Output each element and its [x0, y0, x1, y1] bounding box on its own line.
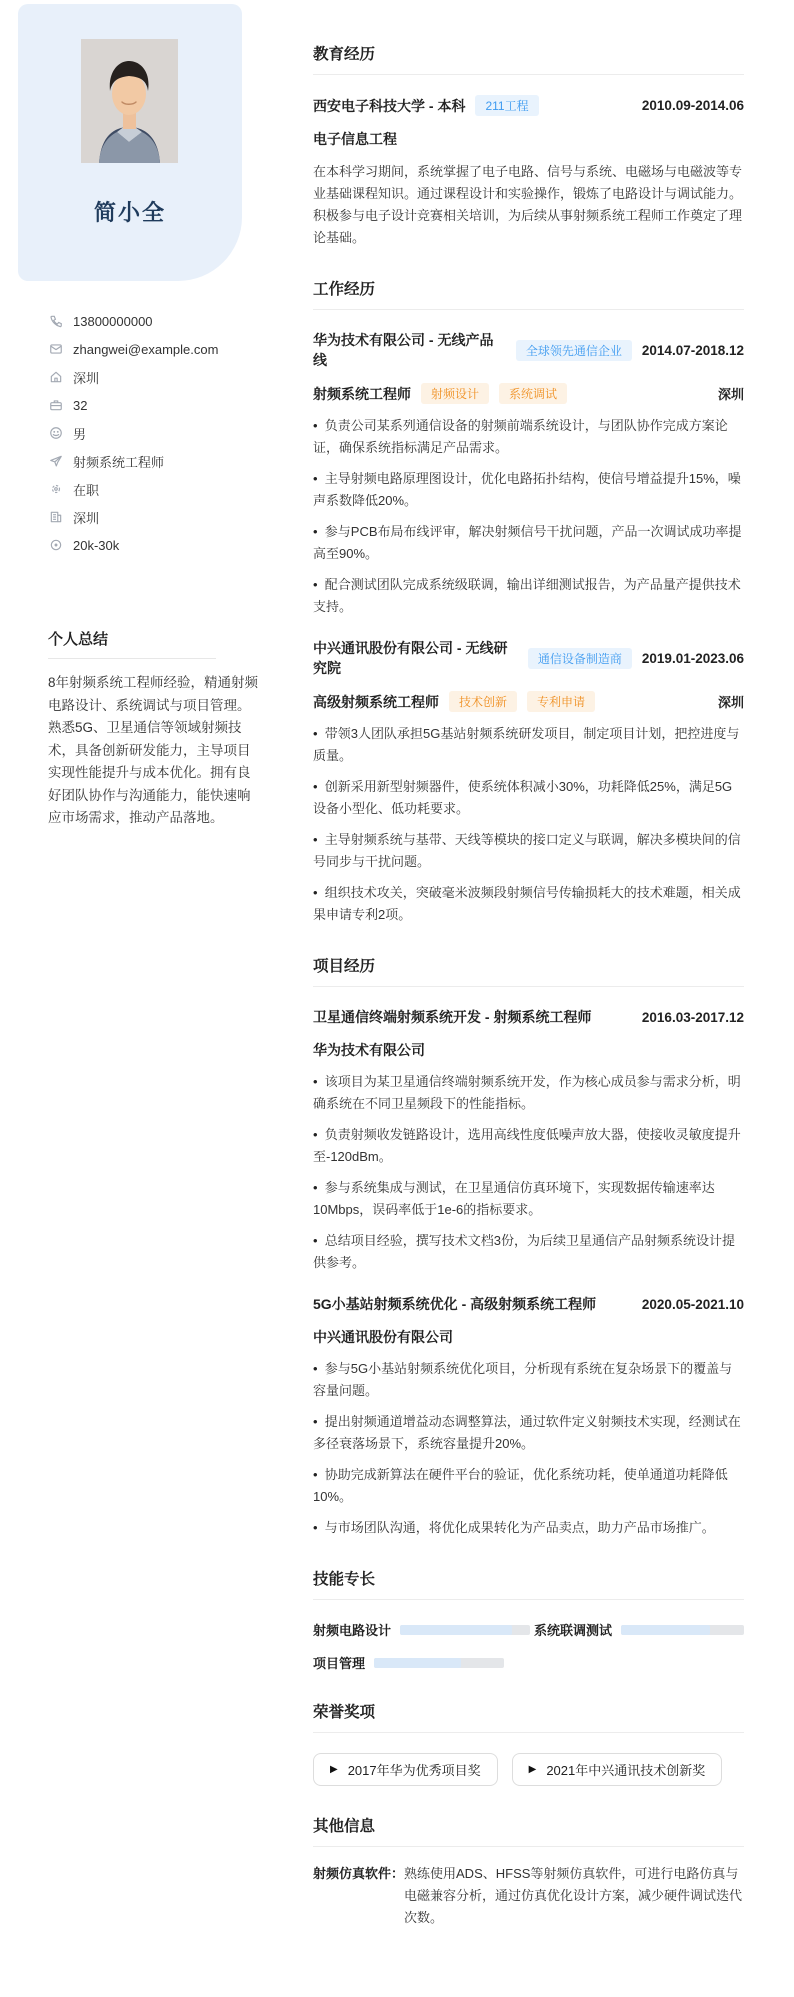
work-city-icon: [48, 510, 63, 525]
email-icon: [48, 342, 63, 357]
play-icon: ▶: [330, 1765, 338, 1775]
bullet-item: 提出射频通道增益动态调整算法，通过软件定义射频技术实现，经测试在多径衰落场景下，…: [313, 1411, 744, 1455]
summary-text: 8年射频系统工程师经验，精通射频电路设计、系统调试与项目管理。熟悉5G、卫星通信…: [48, 672, 261, 830]
play-icon: ▶: [529, 1765, 537, 1775]
work-section-title: 工作经历: [313, 277, 744, 310]
skill-bar-fill: [621, 1625, 710, 1635]
project-company: 华为技术有限公司: [313, 1040, 425, 1060]
bullet-item: 主导射频电路原理图设计，优化电路拓扑结构，使信号增益提升15%，噪声系数降低20…: [313, 468, 744, 512]
skill-item: 射频电路设计: [313, 1620, 534, 1639]
bullet-item: 参与5G小基站射频系统优化项目，分析现有系统在复杂场景下的覆盖与容量问题。: [313, 1358, 744, 1402]
project-date: 2016.03-2017.12: [642, 1010, 744, 1025]
education-section-title: 教育经历: [313, 42, 744, 75]
job-header: 华为技术有限公司 - 无线产品线 全球领先通信企业 2014.07-2018.1…: [313, 330, 744, 370]
skill-item: 项目管理: [313, 1653, 534, 1672]
education-description: 在本科学习期间，系统掌握了电子电路、信号与系统、电磁场与电磁波等专业基础课程知识…: [313, 161, 744, 249]
sidebar: 简小全 13800000000 zhangwei@example.com 深圳: [0, 0, 313, 1997]
job-header: 中兴通讯股份有限公司 - 无线研究院 通信设备制造商 2019.01-2023.…: [313, 638, 744, 678]
job-tag: 专利申请: [527, 691, 595, 712]
skill-bar: [621, 1625, 744, 1635]
contact-item-email: zhangwei@example.com: [48, 335, 313, 363]
award-label: 2021年中兴通讯技术创新奖: [546, 1760, 705, 1779]
bullet-item: 该项目为某卫星通信终端射频系统开发，作为核心成员参与需求分析，明确系统在不同卫星…: [313, 1071, 744, 1115]
skill-bar: [374, 1658, 504, 1668]
other-info-text: 熟练使用ADS、HFSS等射频仿真软件，可进行电路仿真与电磁兼容分析，通过仿真优…: [404, 1863, 744, 1929]
status-icon: [48, 482, 63, 497]
bullet-item: 总结项目经验，撰写技术文档3份，为后续卫星通信产品射频系统设计提供参考。: [313, 1230, 744, 1274]
gender-icon: [48, 426, 63, 441]
contact-item-salary: 20k-30k: [48, 531, 313, 559]
project-header: 5G小基站射频系统优化 - 高级射频系统工程师 2020.05-2021.10: [313, 1294, 744, 1314]
main-content: 教育经历 西安电子科技大学 - 本科 211工程 2010.09-2014.06…: [313, 0, 794, 1997]
education-section: 教育经历 西安电子科技大学 - 本科 211工程 2010.09-2014.06…: [313, 42, 744, 249]
award-button[interactable]: ▶ 2021年中兴通讯技术创新奖: [512, 1753, 723, 1786]
skills-section: 技能专长 射频电路设计 系统联调测试 项目管理: [313, 1567, 744, 1672]
other-info-row: 射频仿真软件： 熟练使用ADS、HFSS等射频仿真软件，可进行电路仿真与电磁兼容…: [313, 1863, 744, 1929]
skill-bar: [400, 1625, 530, 1635]
skill-bar-fill: [400, 1625, 512, 1635]
contact-value: 深圳: [73, 368, 99, 387]
project-date: 2020.05-2021.10: [642, 1297, 744, 1312]
bullet-item: 创新采用新型射频器件，使系统体积减小30%，功耗降低25%，满足5G设备小型化、…: [313, 776, 744, 820]
skills-section-title: 技能专长: [313, 1567, 744, 1600]
awards-section: 荣誉奖项 ▶ 2017年华为优秀项目奖 ▶ 2021年中兴通讯技术创新奖: [313, 1700, 744, 1786]
contact-value: 深圳: [73, 508, 99, 527]
job-bullets: 带领3人团队承担5G基站射频系统研发项目，制定项目计划，把控进度与质量。 创新采…: [313, 723, 744, 926]
job-entry: 华为技术有限公司 - 无线产品线 全球领先通信企业 2014.07-2018.1…: [313, 330, 744, 618]
bullet-item: 参与系统集成与测试，在卫星通信仿真环境下，实现数据传输速率达10Mbps，误码率…: [313, 1177, 744, 1221]
summary-section: 个人总结 8年射频系统工程师经验，精通射频电路设计、系统调试与项目管理。熟悉5G…: [48, 628, 261, 830]
project-company-row: 中兴通讯股份有限公司: [313, 1327, 744, 1347]
skill-item: 系统联调测试: [534, 1620, 744, 1639]
job-intention-icon: [48, 454, 63, 469]
job-entry: 中兴通讯股份有限公司 - 无线研究院 通信设备制造商 2019.01-2023.…: [313, 638, 744, 926]
job-role: 高级射频系统工程师: [313, 692, 439, 712]
bullet-item: 负责射频收发链路设计，选用高线性度低噪声放大器，使接收灵敏度提升至-120dBm…: [313, 1124, 744, 1168]
job-tag: 技术创新: [449, 691, 517, 712]
major-name: 电子信息工程: [313, 129, 397, 149]
contact-item-gender: 男: [48, 419, 313, 447]
school-badge: 211工程: [475, 95, 538, 116]
age-icon: [48, 398, 63, 413]
profile-photo: [81, 39, 178, 163]
company-name: 华为技术有限公司 - 无线产品线: [313, 330, 506, 370]
contact-value: 20k-30k: [73, 538, 119, 553]
profile-panel: 简小全: [18, 4, 242, 281]
other-info-section: 其他信息 射频仿真软件： 熟练使用ADS、HFSS等射频仿真软件，可进行电路仿真…: [313, 1814, 744, 1929]
education-date: 2010.09-2014.06: [642, 98, 744, 113]
bullet-item: 协助完成新算法在硬件平台的验证，优化系统功耗，使单通道功耗降低10%。: [313, 1464, 744, 1508]
project-company-row: 华为技术有限公司: [313, 1040, 744, 1060]
skill-name: 射频电路设计: [313, 1620, 391, 1639]
school-name: 西安电子科技大学 - 本科: [313, 96, 465, 116]
bullet-item: 与市场团队沟通，将优化成果转化为产品卖点，助力产品市场推广。: [313, 1517, 744, 1539]
skill-name: 系统联调测试: [534, 1620, 612, 1639]
award-label: 2017年华为优秀项目奖: [348, 1760, 481, 1779]
bullet-item: 配合测试团队完成系统级联调，输出详细测试报告，为产品量产提供技术支持。: [313, 574, 744, 618]
company-name: 中兴通讯股份有限公司 - 无线研究院: [313, 638, 518, 678]
job-location: 深圳: [718, 384, 744, 403]
project-entry: 5G小基站射频系统优化 - 高级射频系统工程师 2020.05-2021.10 …: [313, 1294, 744, 1539]
home-icon: [48, 370, 63, 385]
contact-item-job-intention: 射频系统工程师: [48, 447, 313, 475]
project-bullets: 该项目为某卫星通信终端射频系统开发，作为核心成员参与需求分析，明确系统在不同卫星…: [313, 1071, 744, 1274]
other-info-section-title: 其他信息: [313, 1814, 744, 1847]
project-header: 卫星通信终端射频系统开发 - 射频系统工程师 2016.03-2017.12: [313, 1007, 744, 1027]
summary-title: 个人总结: [48, 628, 216, 659]
job-bullets: 负责公司某系列通信设备的射频前端系统设计，与团队协作完成方案论证，确保系统指标满…: [313, 415, 744, 618]
awards-section-title: 荣誉奖项: [313, 1700, 744, 1733]
bullet-item: 负责公司某系列通信设备的射频前端系统设计，与团队协作完成方案论证，确保系统指标满…: [313, 415, 744, 459]
contact-item-status: 在职: [48, 475, 313, 503]
contact-value: 射频系统工程师: [73, 452, 164, 471]
projects-section: 项目经历 卫星通信终端射频系统开发 - 射频系统工程师 2016.03-2017…: [313, 954, 744, 1539]
project-bullets: 参与5G小基站射频系统优化项目，分析现有系统在复杂场景下的覆盖与容量问题。 提出…: [313, 1358, 744, 1539]
profile-name: 简小全: [18, 196, 242, 227]
bullet-item: 主导射频系统与基带、天线等模块的接口定义与联调，解决多模块间的信号同步与干扰问题…: [313, 829, 744, 873]
job-location: 深圳: [718, 692, 744, 711]
company-badge: 全球领先通信企业: [516, 340, 632, 361]
avatar: [81, 39, 178, 163]
education-entry-header: 西安电子科技大学 - 本科 211工程 2010.09-2014.06: [313, 95, 744, 116]
job-date: 2014.07-2018.12: [642, 343, 744, 358]
company-badge: 通信设备制造商: [528, 648, 632, 669]
salary-icon: [48, 538, 63, 553]
project-company: 中兴通讯股份有限公司: [313, 1327, 453, 1347]
phone-icon: [48, 314, 63, 329]
skill-name: 项目管理: [313, 1653, 365, 1672]
job-role-row: 射频系统工程师 射频设计 系统调试 深圳: [313, 383, 744, 404]
contact-value: 13800000000: [73, 314, 153, 329]
contact-item-phone: 13800000000: [48, 307, 313, 335]
contact-value: 在职: [73, 480, 99, 499]
bullet-item: 带领3人团队承担5G基站射频系统研发项目，制定项目计划，把控进度与质量。: [313, 723, 744, 767]
contact-item-work-city: 深圳: [48, 503, 313, 531]
resume-page: 简小全 13800000000 zhangwei@example.com 深圳: [0, 0, 794, 1997]
project-name: 卫星通信终端射频系统开发 - 射频系统工程师: [313, 1007, 591, 1027]
contact-item-city: 深圳: [48, 363, 313, 391]
education-major-row: 电子信息工程: [313, 129, 744, 149]
skill-bar-fill: [374, 1658, 461, 1668]
contact-value: 男: [73, 424, 86, 443]
job-tag: 系统调试: [499, 383, 567, 404]
other-info-label: 射频仿真软件：: [313, 1863, 404, 1929]
contact-value: 32: [73, 398, 87, 413]
job-role: 射频系统工程师: [313, 384, 411, 404]
bullet-item: 组织技术攻关，突破毫米波频段射频信号传输损耗大的技术难题，相关成果申请专利2项。: [313, 882, 744, 926]
contact-item-age: 32: [48, 391, 313, 419]
contact-value: zhangwei@example.com: [73, 342, 218, 357]
skills-grid: 射频电路设计 系统联调测试 项目管理: [313, 1620, 744, 1672]
award-button[interactable]: ▶ 2017年华为优秀项目奖: [313, 1753, 498, 1786]
job-tag: 射频设计: [421, 383, 489, 404]
work-section: 工作经历 华为技术有限公司 - 无线产品线 全球领先通信企业 2014.07-2…: [313, 277, 744, 926]
job-date: 2019.01-2023.06: [642, 651, 744, 666]
projects-section-title: 项目经历: [313, 954, 744, 987]
awards-row: ▶ 2017年华为优秀项目奖 ▶ 2021年中兴通讯技术创新奖: [313, 1753, 744, 1786]
project-name: 5G小基站射频系统优化 - 高级射频系统工程师: [313, 1294, 596, 1314]
job-role-row: 高级射频系统工程师 技术创新 专利申请 深圳: [313, 691, 744, 712]
project-entry: 卫星通信终端射频系统开发 - 射频系统工程师 2016.03-2017.12 华…: [313, 1007, 744, 1274]
bullet-item: 参与PCB布局布线评审，解决射频信号干扰问题，产品一次调试成功率提高至90%。: [313, 521, 744, 565]
